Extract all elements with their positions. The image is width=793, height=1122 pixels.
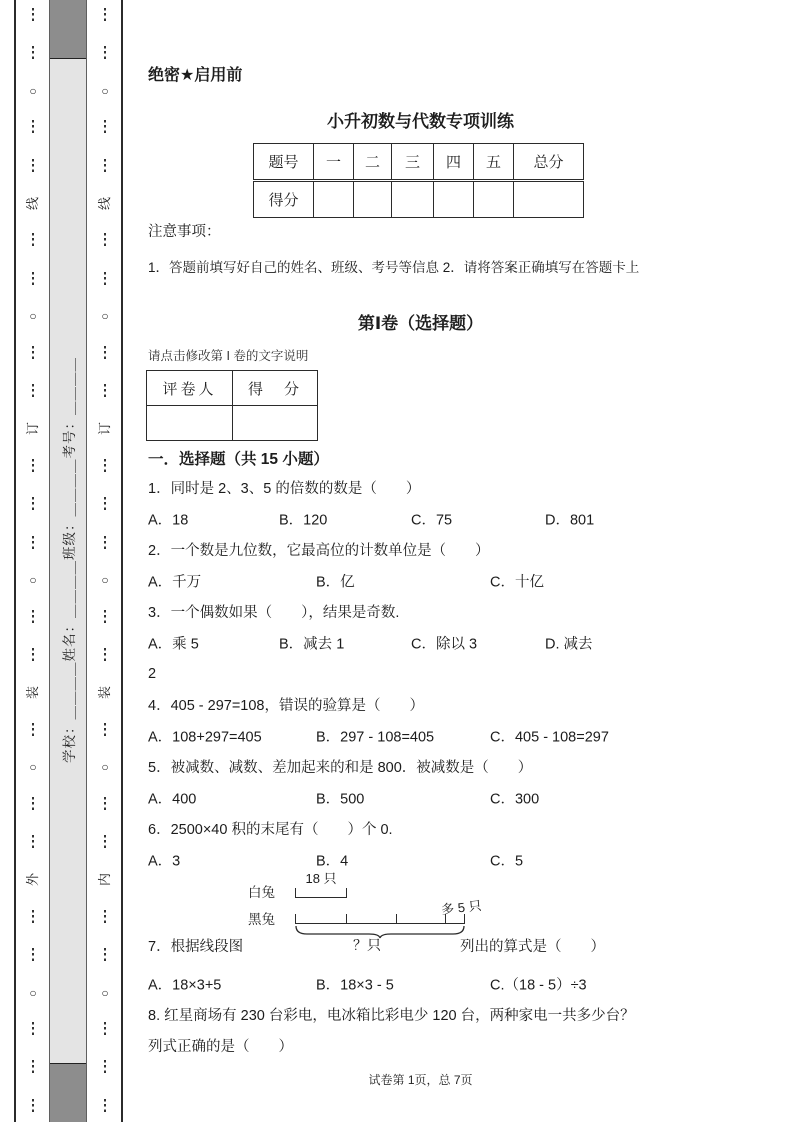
question-text: 1．同时是 2、3、5 的倍数的数是（ ） <box>148 472 693 503</box>
cell-score-empty <box>233 406 318 441</box>
page-title: 小升初数与代数专项训练 <box>148 107 693 132</box>
options-row: A．18×3+5B．18×3 - 5C.（18 - 5）÷3 <box>148 968 693 999</box>
options-row: A．乘 5B．减去 1C．除以 3D. 减去 <box>148 627 693 658</box>
dotted-line-segment <box>32 272 35 287</box>
option-item: B．297 - 108=405 <box>316 725 434 746</box>
dotted-line-segment <box>32 459 35 474</box>
option-item: C．75 <box>411 508 452 529</box>
dotted-line-segment <box>32 1099 35 1114</box>
dotted-line-segment <box>104 723 107 738</box>
question-8: 8. 红星商场有 230 台彩电，电冰箱比彩电少 120 台，两种家电一共多少台… <box>148 999 693 1061</box>
binding-char: 线 <box>26 197 39 210</box>
dotted-line-segment <box>32 159 35 174</box>
student-info-fields: 学校：＿＿＿＿姓名：＿＿＿＿班级：＿＿＿＿考号：＿＿＿＿ <box>58 357 78 763</box>
dotted-line-segment <box>32 536 35 551</box>
questions-1-to-6: 1．同时是 2、3、5 的倍数的数是（ ）A．18B．120C．75D．8012… <box>148 472 693 875</box>
strip-bottom-block <box>50 1063 86 1122</box>
page-content: 绝密★启用前 小升初数与代数专项训练 题号 一 二 三 四 五 总分 得分 <box>148 0 693 1122</box>
binding-char: 内 <box>98 873 111 886</box>
dotted-line-segment <box>32 835 35 850</box>
option-item: D. 减去 <box>545 632 593 653</box>
question-7-options: A．18×3+5B．18×3 - 5C.（18 - 5）÷3 <box>148 968 693 999</box>
dotted-line-segment <box>32 233 35 248</box>
table-row: 得分 <box>254 181 584 218</box>
binding-char: 装 <box>98 686 111 699</box>
option-item: A．乘 5 <box>148 632 199 653</box>
circle-mark: ○ <box>101 85 108 97</box>
question-7-text-right: 列出的算式是（ ） <box>460 935 605 956</box>
binding-line-inner: ○线○订○装○内○ <box>97 0 113 1122</box>
question-text: 3．一个偶数如果（ ），结果是奇数. <box>148 596 693 627</box>
binding-char: 装 <box>26 686 39 699</box>
option-item: A．400 <box>148 787 196 808</box>
dotted-line-segment <box>32 723 35 738</box>
grader-score-table: 评卷人 得 分 <box>146 370 318 441</box>
circle-mark: ○ <box>101 761 108 773</box>
dotted-line-segment <box>104 948 107 963</box>
binding-line-outer: ○线○订○装○外○ <box>25 0 41 1122</box>
circle-mark: ○ <box>29 85 36 97</box>
part1-heading: 第Ⅰ卷（选择题） <box>148 309 693 334</box>
question-text: 2．一个数是九位数，它最高位的计数单位是（ ） <box>148 534 693 565</box>
dotted-line-segment <box>104 346 107 361</box>
dotted-line-segment <box>104 384 107 399</box>
questions: 1．同时是 2、3、5 的倍数的数是（ ）A．18B．120C．75D．8012… <box>148 472 693 1061</box>
cell-score-label: 得 分 <box>233 371 318 406</box>
dotted-line-segment <box>32 46 35 61</box>
white-rabbit-bar: 18 只 <box>295 888 347 898</box>
circle-mark: ○ <box>29 987 36 999</box>
option-item: C．除以 3 <box>411 632 477 653</box>
dotted-line-segment <box>104 1022 107 1037</box>
dotted-line-segment <box>32 346 35 361</box>
line-segment-diagram: 白兔 18 只 黑兔 多 5 只 ？只 7．根据线段图 列出的算式是（ ） <box>148 875 693 968</box>
option-item: C．300 <box>490 787 539 808</box>
cell-part3: 三 <box>392 144 434 181</box>
option-item: D．801 <box>545 508 594 529</box>
cell-score-label: 得分 <box>254 181 314 218</box>
student-info-strip: 学校：＿＿＿＿姓名：＿＿＿＿班级：＿＿＿＿考号：＿＿＿＿ <box>49 0 87 1122</box>
cell-part5: 五 <box>474 144 514 181</box>
dotted-line-segment <box>104 648 107 663</box>
options-row: A．108+297=405B．297 - 108=405C．405 - 108=… <box>148 720 693 751</box>
circle-mark: ○ <box>101 987 108 999</box>
options-row: A．18B．120C．75D．801 <box>148 503 693 534</box>
dotted-line-segment <box>104 159 107 174</box>
option-item: B．4 <box>316 849 348 870</box>
options-row: A．400B．500C．300 <box>148 782 693 813</box>
dotted-line-segment <box>104 120 107 135</box>
binding-char: 订 <box>98 422 111 435</box>
circle-mark: ○ <box>101 574 108 586</box>
notice-heading: 注意事项： <box>148 220 221 241</box>
cell-score-empty <box>474 181 514 218</box>
option-item: B．减去 1 <box>279 632 344 653</box>
circle-mark: ○ <box>29 761 36 773</box>
dotted-line-segment <box>32 948 35 963</box>
black-rabbit-label: 黑兔 <box>248 908 275 928</box>
option-item: B．500 <box>316 787 364 808</box>
binding-border-right <box>121 0 123 1122</box>
cell-score-empty <box>434 181 474 218</box>
option-item: C．5 <box>490 849 523 870</box>
dotted-line-segment <box>104 233 107 248</box>
question-7-text: 7．根据线段图 <box>148 935 243 956</box>
cell-question-no: 题号 <box>254 144 314 181</box>
option-item: A．18×3+5 <box>148 973 221 994</box>
dotted-line-segment <box>104 610 107 625</box>
dotted-line-segment <box>104 910 107 925</box>
binding-char: 订 <box>26 422 39 435</box>
binding-border-left <box>14 0 16 1122</box>
dotted-line-segment <box>104 536 107 551</box>
table-row: 评卷人 得 分 <box>147 371 318 406</box>
table-row <box>147 406 318 441</box>
dotted-line-segment <box>104 8 107 23</box>
option-item: B．亿 <box>316 570 355 591</box>
secret-label: 绝密★启用前 <box>148 62 242 85</box>
cell-grader-empty <box>147 406 233 441</box>
option-item: C.（18 - 5）÷3 <box>490 973 587 994</box>
cell-score-empty <box>354 181 392 218</box>
total-count-label: ？只 <box>353 935 381 955</box>
cell-grader-label: 评卷人 <box>147 371 233 406</box>
binding-char: 线 <box>98 197 111 210</box>
options-row: A．3B．4C．5 <box>148 844 693 875</box>
dotted-line-segment <box>104 497 107 512</box>
dotted-line-segment <box>32 648 35 663</box>
cell-score-empty <box>314 181 354 218</box>
circle-mark: ○ <box>29 310 36 322</box>
dotted-line-segment <box>32 120 35 135</box>
cell-part4: 四 <box>434 144 474 181</box>
cell-total: 总分 <box>514 144 584 181</box>
dotted-line-segment <box>32 497 35 512</box>
dotted-line-segment <box>104 46 107 61</box>
extra-amount-label: 多 5 只 <box>440 895 482 918</box>
dotted-line-segment <box>32 910 35 925</box>
dotted-line-segment <box>104 797 107 812</box>
cell-part2: 二 <box>354 144 392 181</box>
cell-score-empty <box>514 181 584 218</box>
circle-mark: ○ <box>101 310 108 322</box>
options-row: A．千万B．亿C．十亿 <box>148 565 693 596</box>
question-continuation: 2 <box>148 658 693 689</box>
question-text: 4．405 - 297=108，错误的验算是（ ） <box>148 689 693 720</box>
dotted-line-segment <box>32 8 35 23</box>
subsection-heading: 一．选择题（共 15 小题） <box>148 447 329 469</box>
black-rabbit-bar <box>295 914 465 924</box>
exam-paper-page: ○线○订○装○外○ 学校：＿＿＿＿姓名：＿＿＿＿班级：＿＿＿＿考号：＿＿＿＿ ○… <box>0 0 793 1122</box>
option-item: A．千万 <box>148 570 201 591</box>
dotted-line-segment <box>32 1022 35 1037</box>
cell-score-empty <box>392 181 434 218</box>
strip-top-block <box>50 0 86 59</box>
edit-hint-text: 请点击修改第 I 卷的文字说明 <box>148 346 308 364</box>
table-row: 题号 一 二 三 四 五 总分 <box>254 144 584 181</box>
page-footer: 试卷第 1页，总 7页 <box>148 1071 693 1088</box>
circle-mark: ○ <box>29 574 36 586</box>
option-item: A．3 <box>148 849 180 870</box>
dotted-line-segment <box>104 1099 107 1114</box>
binding-char: 外 <box>26 873 39 886</box>
option-item: C．405 - 108=297 <box>490 725 609 746</box>
dotted-line-segment <box>32 797 35 812</box>
option-item: C．十亿 <box>490 570 544 591</box>
white-rabbit-label: 白兔 <box>248 881 275 901</box>
option-item: A．18 <box>148 508 188 529</box>
question-text: 8. 红星商场有 230 台彩电，电冰箱比彩电少 120 台，两种家电一共多少台… <box>148 999 693 1030</box>
dotted-line-segment <box>32 610 35 625</box>
dotted-line-segment <box>104 272 107 287</box>
dotted-line-segment <box>104 1060 107 1075</box>
option-item: A．108+297=405 <box>148 725 262 746</box>
dotted-line-segment <box>32 384 35 399</box>
white-rabbit-value: 18 只 <box>305 868 336 887</box>
cell-part1: 一 <box>314 144 354 181</box>
score-summary-table: 题号 一 二 三 四 五 总分 得分 <box>253 143 584 218</box>
option-item: B．18×3 - 5 <box>316 973 394 994</box>
dotted-line-segment <box>32 1060 35 1075</box>
option-item: B．120 <box>279 508 327 529</box>
question-text: 列式正确的是（ ） <box>148 1030 693 1061</box>
dotted-line-segment <box>104 459 107 474</box>
question-text: 5．被减数、减数、差加起来的和是 800．被减数是（ ） <box>148 751 693 782</box>
notice-item: 1．答题前填写好自己的姓名、班级、考号等信息 2．请将答案正确填写在答题卡上 <box>148 256 639 276</box>
question-text: 6．2500×40 积的末尾有（ ）个 0. <box>148 813 693 844</box>
dotted-line-segment <box>104 835 107 850</box>
